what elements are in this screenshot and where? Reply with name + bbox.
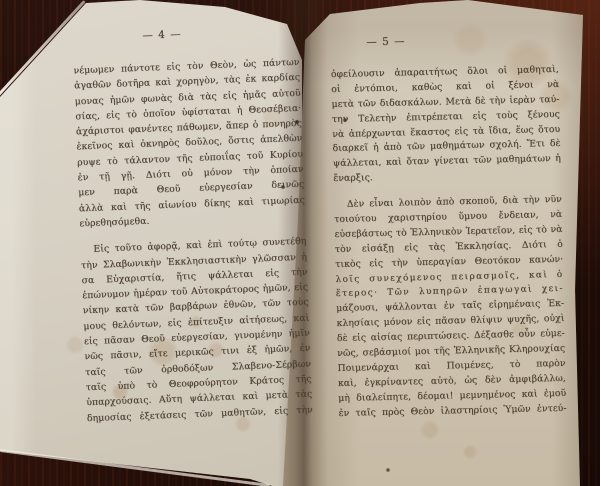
right-page-text: — 5 — ὀφείλουσιν ἀπαραιτήτως ὅλοι οἱ μαθ… — [330, 31, 567, 422]
left-page-text: — 4 — νέμωμεν πάντοτε εἰς τὸν Θεὸν, ὡς π… — [72, 23, 313, 426]
photo-of-open-book: — 4 — νέμωμεν πάντοτε εἰς τὸν Θεὸν, ὡς π… — [0, 0, 600, 486]
